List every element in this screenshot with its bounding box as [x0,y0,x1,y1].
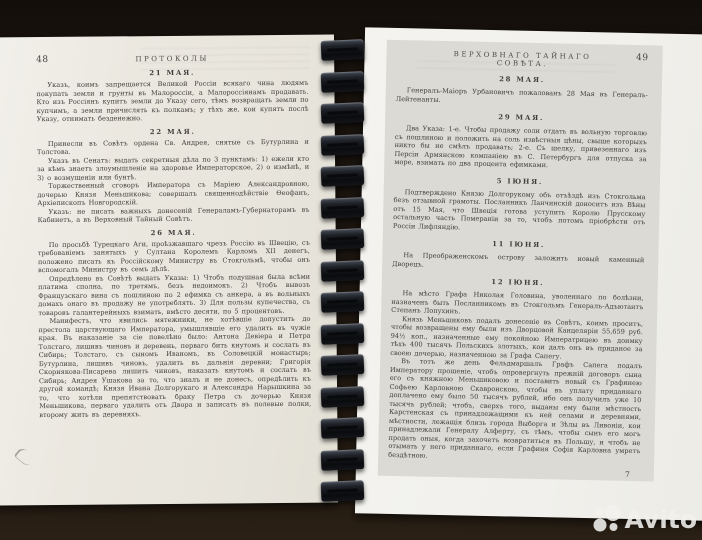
avito-watermark: Avito [591,504,697,534]
binding-ring [321,291,365,313]
binding-ring [321,165,365,187]
book-page-left: 48 ПРОТОКОЛЫ 21 МАЯ. Указъ, коимъ запрещ… [0,35,338,506]
paragraph: Подтверждено Князю Долгорукому объ отъѣз… [393,187,646,235]
date-heading: 12 ІЮНЯ. [392,276,644,289]
left-page-content: 48 ПРОТОКОЛЫ 21 МАЯ. Указъ, коимъ запрещ… [36,53,311,419]
paragraph: Манифестъ, что явились мятежники, не хот… [38,315,311,419]
avito-logo-icon [591,504,623,534]
binding-ring [321,134,365,156]
binding-ring [321,354,365,376]
date-heading: 21 МАЯ. [36,68,308,78]
paragraph: На Преображенскомъ острову заложить новы… [392,251,644,273]
binding-ring [321,39,365,61]
binding-ring [321,197,365,219]
binding-ring [321,449,365,471]
binding-ring [321,102,365,124]
running-title: ВЕРХОВНАГО ТАЙНАГО СОВѢТА. [426,50,618,70]
date-heading: 5 ІЮНЯ. [394,174,646,187]
paragraph: Торжественный сговоръ Императора съ Марі… [37,180,309,208]
binding-ring [321,260,365,282]
binding-ring [321,323,365,345]
right-page-header: ВЕРХОВНАГО ТАЙНАГО СОВѢТА. 49 [396,48,648,70]
binding-ring [321,417,365,439]
running-title: ПРОТОКОЛЫ [66,54,278,64]
paragraph: Въ тотъ же день Фельдмаршалъ Графъ Сапег… [388,357,642,464]
signature-mark: 7 [388,465,640,479]
date-heading: 26 МАЯ. [38,227,310,237]
page-number: 49 [618,53,648,64]
date-heading: 28 МАЯ. [396,73,648,86]
paragraph: Указъ въ Сенатъ: выдать секретныя дѣла п… [37,154,309,182]
left-page-header: 48 ПРОТОКОЛЫ [36,53,308,65]
binding-ring [321,480,365,502]
paragraph: Князь Меньшиковъ подалъ донесеніе въ Сов… [390,314,643,362]
paragraph: Генералъ-Маіоръ Урбановичъ пожалованъ 28… [396,86,648,108]
binding-ring [321,71,365,93]
header-spacer [397,55,427,56]
page-number: 48 [36,55,66,65]
binding-ring [321,228,365,250]
book-page-right: ВЕРХОВНАГО ТАЙНАГО СОВѢТА. 49 28 МАЯ. Ге… [355,27,702,520]
paragraph: Указъ, коимъ запрещается Великой Россіи … [36,79,308,124]
paragraph: Опредѣлено въ Совѣтѣ выдать Указы: 1) Чт… [38,272,310,317]
date-heading: 11 ІЮНЯ. [393,238,645,251]
paragraph: Указъ: не писать важныхъ донесеній Генер… [37,205,309,224]
date-heading: 22 МАЯ. [37,126,309,136]
pencil-mark [14,446,36,467]
right-page-content: ВЕРХОВНАГО ТАЙНАГО СОВѢТА. 49 28 МАЯ. Ге… [388,48,649,479]
avito-watermark-text: Avito [625,505,697,534]
date-heading: 29 МАЯ. [395,111,647,124]
photocopy-area: ВЕРХОВНАГО ТАЙНАГО СОВѢТА. 49 28 МАЯ. Ге… [378,40,663,482]
paragraph: По просьбѣ Турецкаго Аги, проѣзжавшаго ч… [38,238,310,274]
paragraph: Два Указа: 1-е. Чтобы продажу соли отдат… [394,124,647,172]
binding-ring [321,386,365,408]
